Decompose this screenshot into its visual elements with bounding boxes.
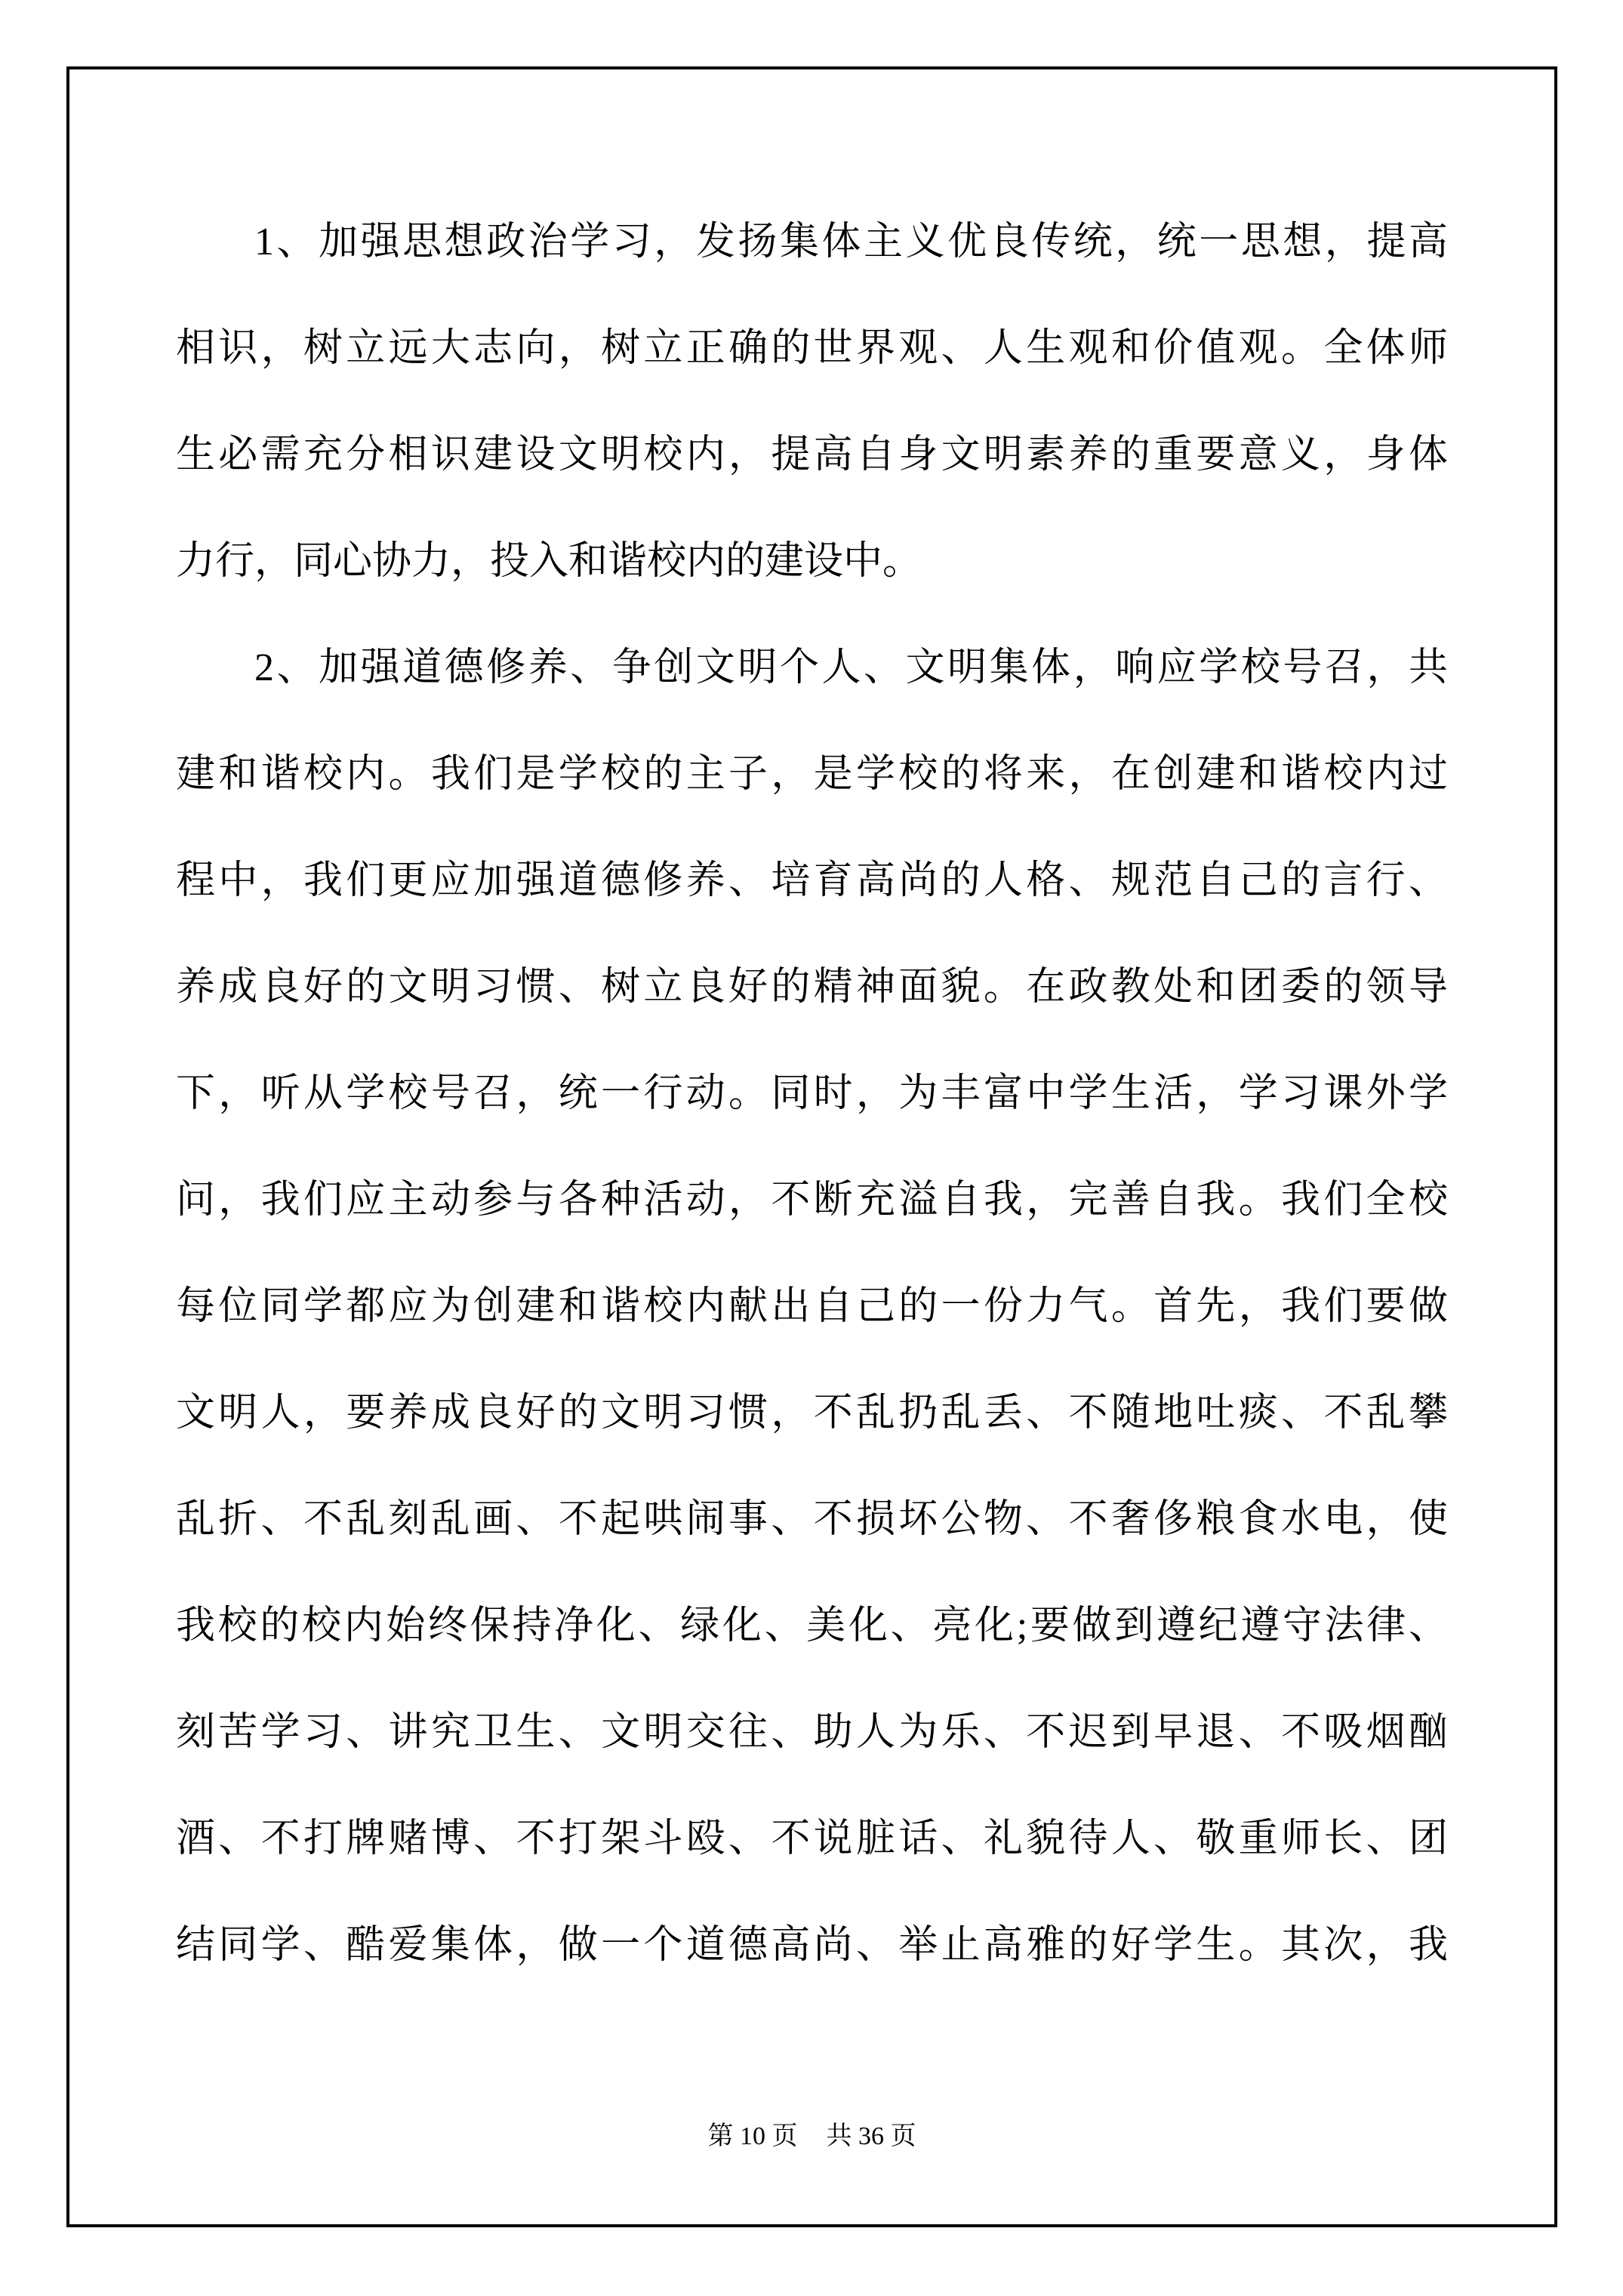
text-line: 我校的校内始终保持净化、绿化、美化、亮化;要做到遵纪遵守法律、 bbox=[176, 1573, 1448, 1679]
text-line: 养成良好的文明习惯、树立良好的精神面貌。在政教处和团委的领导 bbox=[176, 934, 1448, 1040]
text-line: 刻苦学习、讲究卫生、文明交往、助人为乐、不迟到早退、不吸烟酗 bbox=[176, 1679, 1448, 1786]
page-footer: 第 10 页共 36 页 bbox=[69, 2120, 1554, 2153]
page-border-frame: 1、加强思想政治学习，发扬集体主义优良传统，统一思想，提高相识，树立远大志向，树… bbox=[66, 66, 1557, 2227]
text-line: 相识，树立远大志向，树立正确的世界观、人生观和价值观。全体师 bbox=[176, 295, 1448, 402]
text-line: 文明人，要养成良好的文明习惯，不乱扔乱丢、不随地吐痰、不乱攀 bbox=[176, 1360, 1448, 1466]
page-total: 共 36 页 bbox=[827, 2122, 916, 2150]
page: { "page": { "background_color": "#ffffff… bbox=[0, 0, 1623, 2296]
text-line: 每位同学都应为创建和谐校内献出自己的一份力气。首先，我们要做 bbox=[176, 1253, 1448, 1360]
text-line: 酒、不打牌赌博、不打架斗殴、不说脏话、礼貌待人、敬重师长、团 bbox=[176, 1786, 1448, 1892]
text-line: 1、加强思想政治学习，发扬集体主义优良传统，统一思想，提高 bbox=[176, 189, 1448, 295]
text-line: 生必需充分相识建设文明校内，提高自身文明素养的重要意义，身体 bbox=[176, 402, 1448, 508]
text-line: 建和谐校内。我们是学校的主子，是学校的将来，在创建和谐校内过 bbox=[176, 721, 1448, 827]
page-number: 第 10 页 bbox=[708, 2122, 798, 2150]
paragraph: 1、加强思想政治学习，发扬集体主义优良传统，统一思想，提高相识，树立远大志向，树… bbox=[176, 189, 1448, 615]
text-line: 结同学、酷爱集体，做一个道德高尚、举止高雅的好学生。其次，我 bbox=[176, 1892, 1448, 1999]
text-line: 程中，我们更应加强道德修养、培育高尚的人格、规范自己的言行、 bbox=[176, 827, 1448, 934]
text-line: 问，我们应主动参与各种活动，不断充溢自我，完善自我。我们全校 bbox=[176, 1147, 1448, 1253]
document-body: 1、加强思想政治学习，发扬集体主义优良传统，统一思想，提高相识，树立远大志向，树… bbox=[176, 189, 1448, 1999]
text-line: 力行，同心协力，投入和谐校内的建设中。 bbox=[176, 508, 1448, 615]
text-line: 2、加强道德修养、争创文明个人、文明集体，响应学校号召，共 bbox=[176, 615, 1448, 721]
paragraph: 2、加强道德修养、争创文明个人、文明集体，响应学校号召，共建和谐校内。我们是学校… bbox=[176, 615, 1448, 1999]
text-line: 乱折、不乱刻乱画、不起哄闹事、不损坏公物、不奢侈粮食水电，使 bbox=[176, 1466, 1448, 1573]
text-line: 下，听从学校号召，统一行动。同时，为丰富中学生活，学习课外学 bbox=[176, 1040, 1448, 1147]
